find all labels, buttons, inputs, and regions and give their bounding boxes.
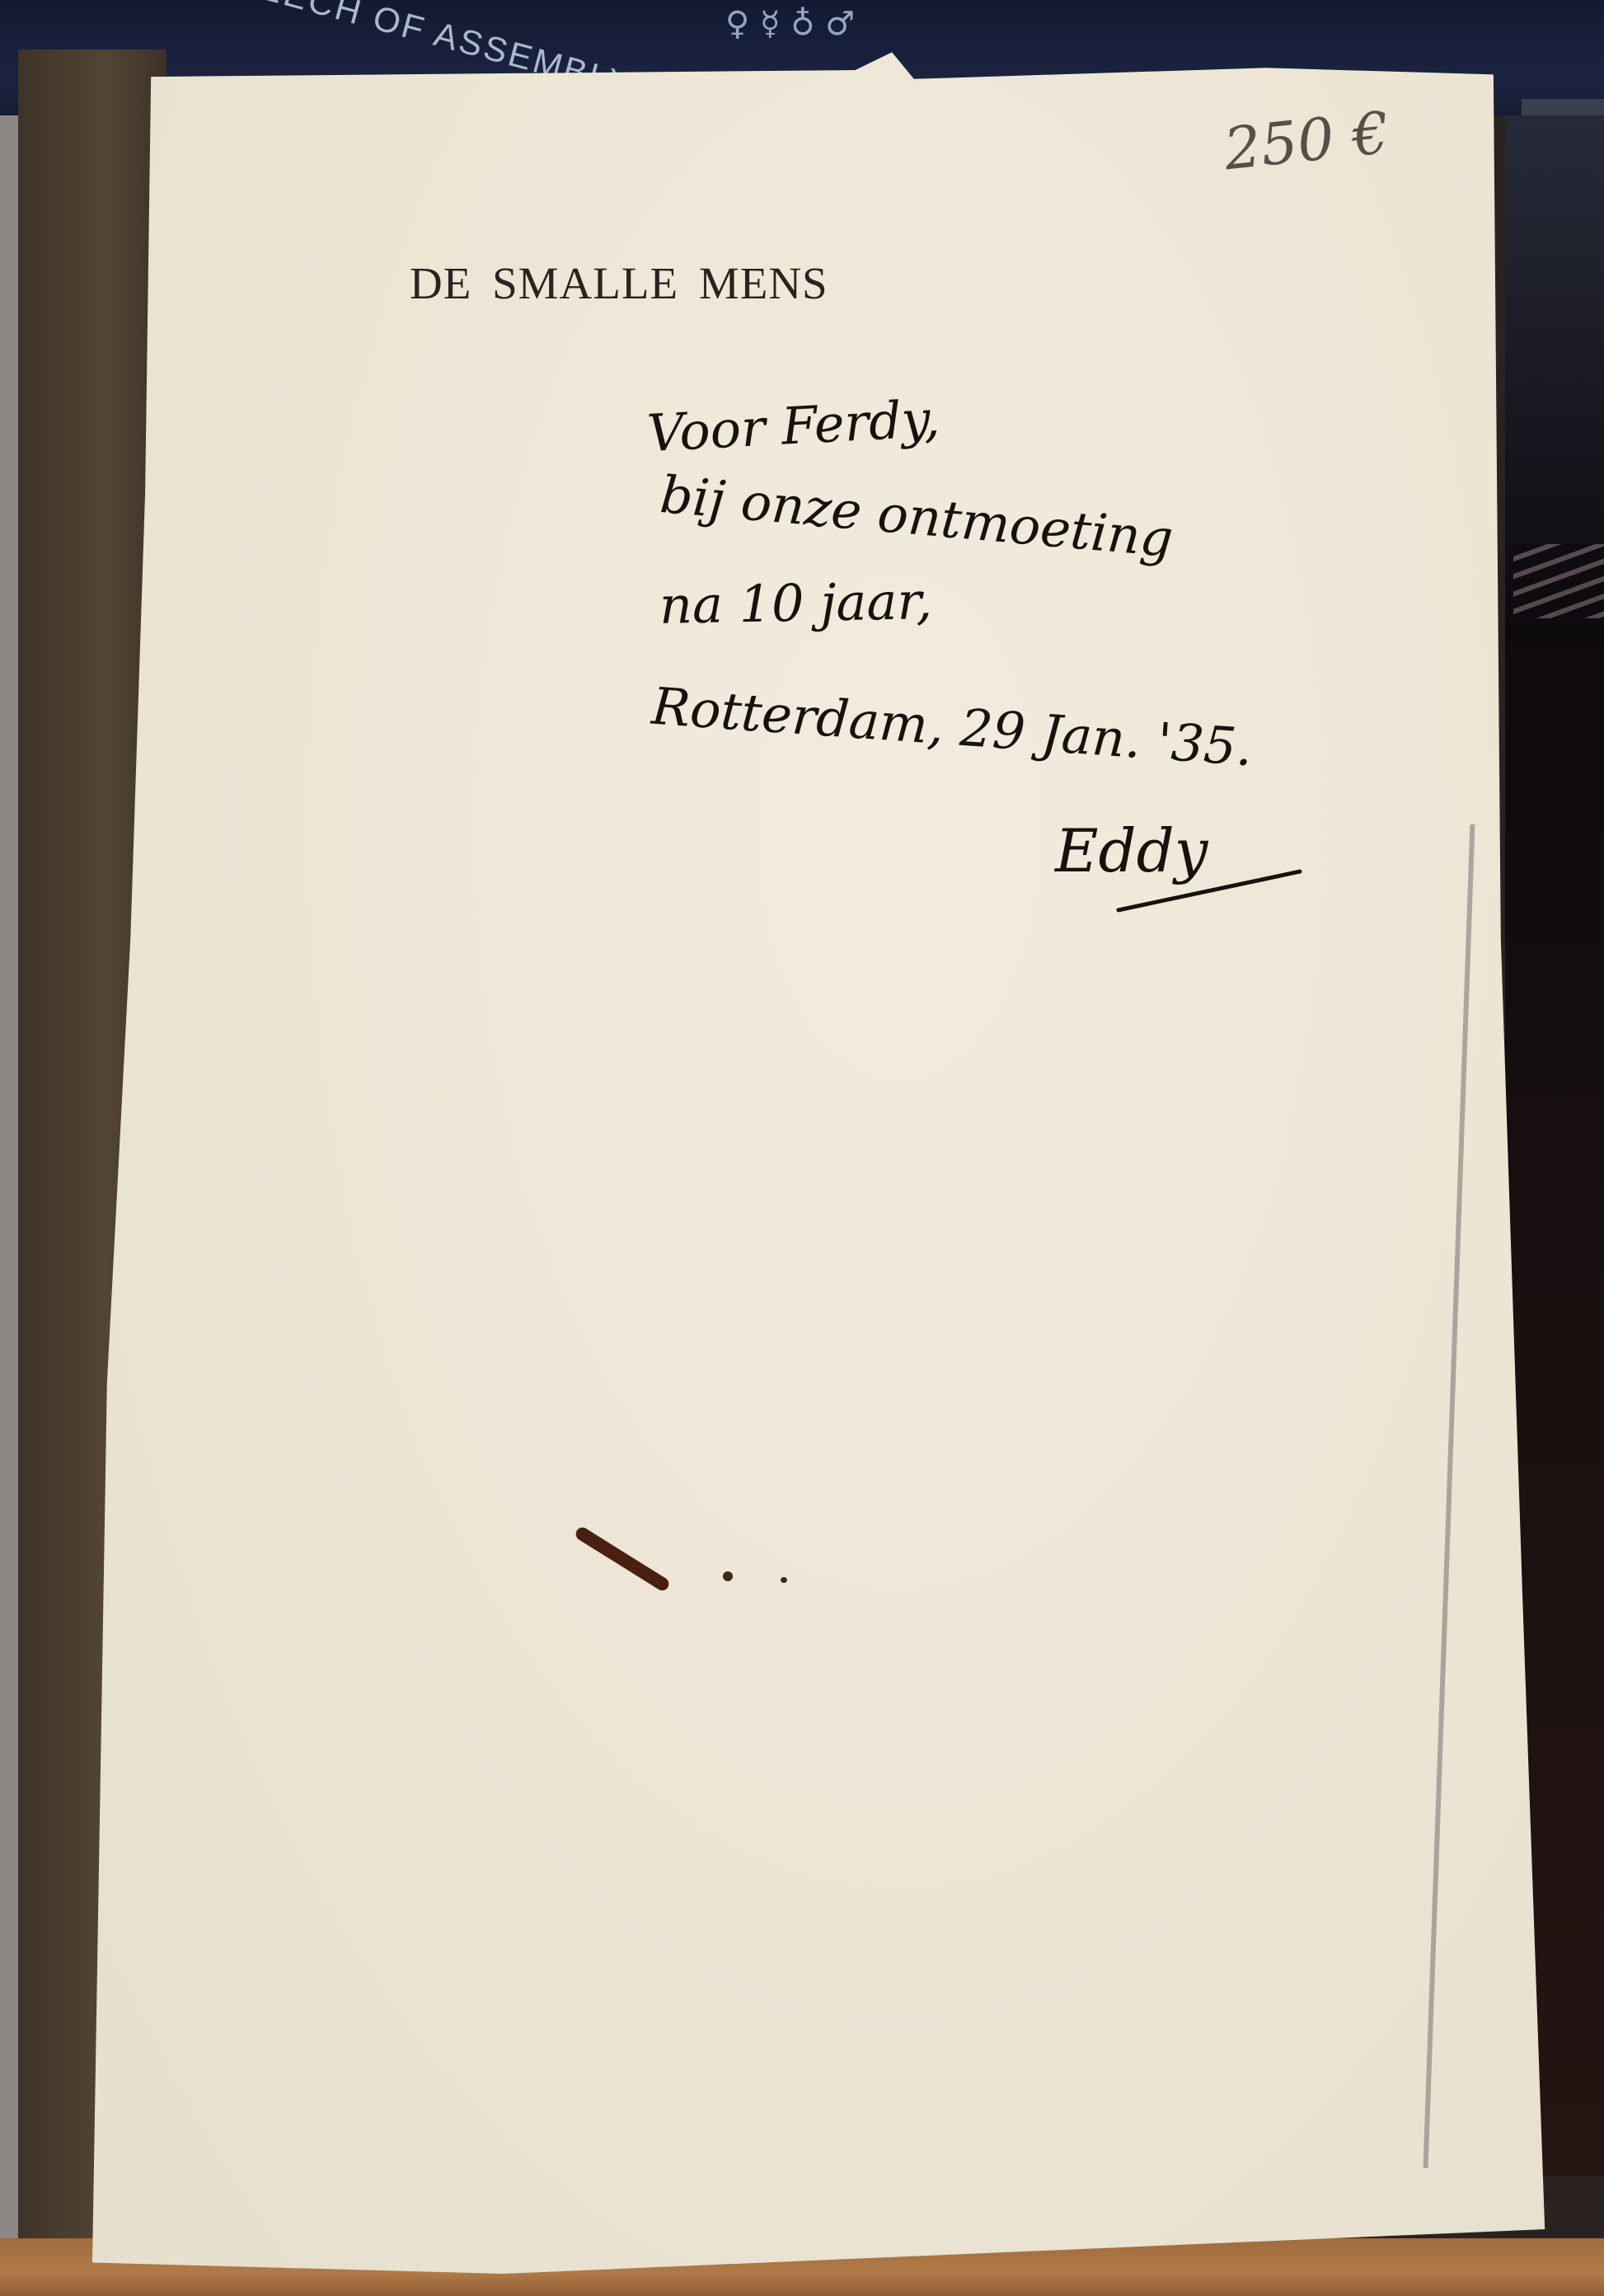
printed-book-title: DE SMALLE MENS [410, 257, 828, 309]
ink-spot [723, 1571, 733, 1581]
cloth-symbols: ♀ ☿ ♁ ♂ [725, 5, 855, 43]
zipper [1513, 544, 1604, 618]
inscription-line-3: na 10 jaar, [659, 570, 932, 636]
signature: Eddy [1055, 816, 1208, 885]
ink-spot [781, 1577, 787, 1583]
book-flyleaf-page [92, 48, 1559, 2274]
